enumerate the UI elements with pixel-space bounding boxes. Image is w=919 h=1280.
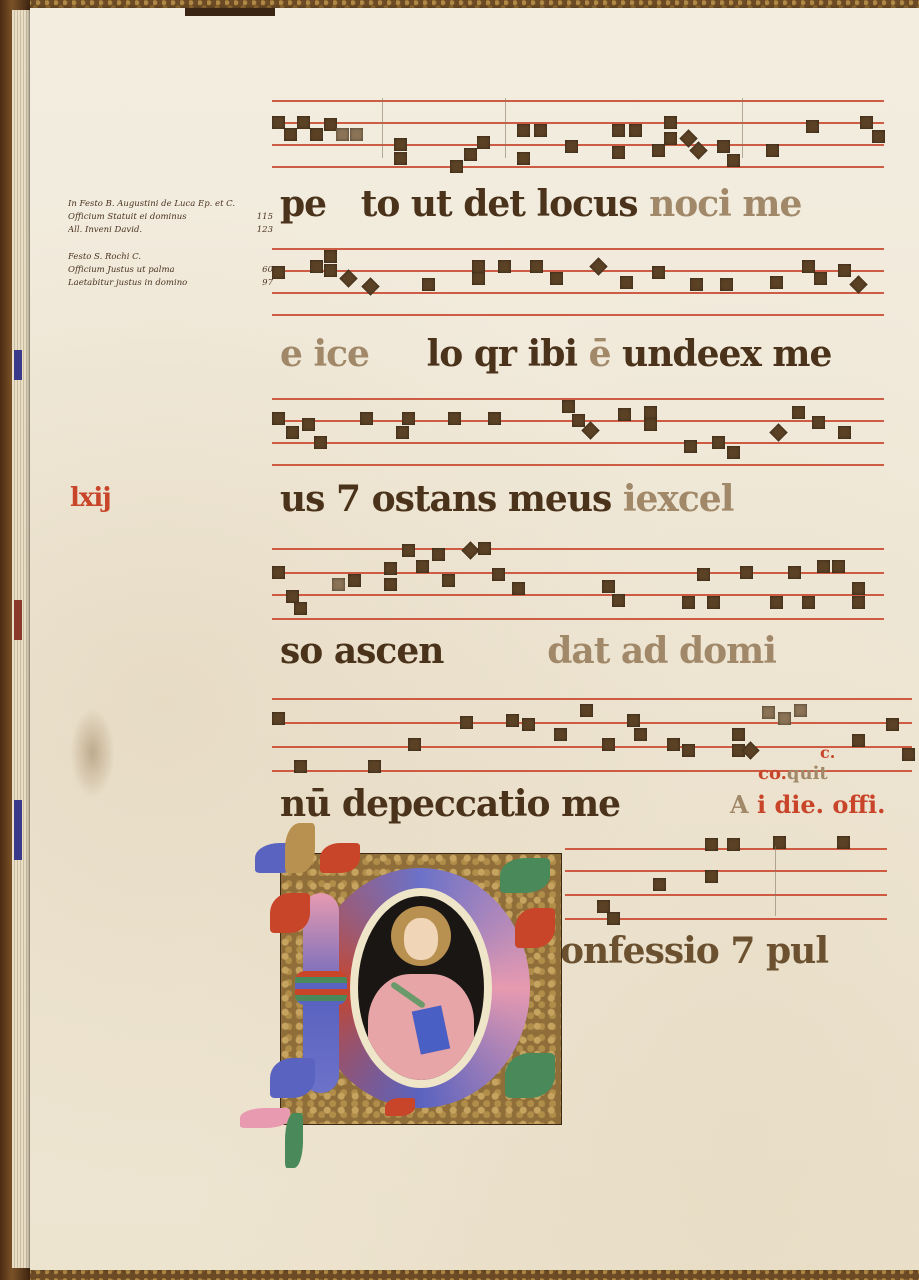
- lyric-line-1: pe to ut det locus noci me: [280, 183, 801, 225]
- ribbon-marker: [14, 600, 22, 640]
- music-staff: [272, 538, 884, 608]
- initial-band: [295, 971, 347, 1005]
- folio-number: lxij: [70, 483, 111, 513]
- saint-face: [404, 918, 438, 960]
- acanthus-leaf: [505, 1053, 555, 1098]
- music-staff: [272, 236, 884, 306]
- acanthus-leaf: [270, 893, 310, 933]
- acanthus-leaf: [320, 843, 360, 873]
- acanthus-leaf: [385, 1098, 415, 1116]
- annotation-line: All. Inveni David. 123: [68, 224, 273, 237]
- acanthus-leaf: [285, 823, 315, 873]
- lyric-line-6: onfessio 7 pul: [560, 930, 828, 972]
- lyric-line-5: nū depeccatio me: [280, 783, 620, 825]
- acanthus-leaf: [285, 1113, 303, 1168]
- music-staff: [272, 688, 912, 758]
- lyric-line-4: so ascen dat ad domi: [280, 630, 776, 672]
- acanthus-leaf: [270, 1058, 315, 1098]
- manuscript-page: In Festo B. Augustini de Luca Ep. et C. …: [30, 8, 919, 1270]
- ribbon-marker: [14, 800, 22, 860]
- acanthus-leaf: [500, 858, 550, 893]
- ribbon-marker: [14, 350, 22, 380]
- rubric-communion: co.quit: [758, 763, 828, 784]
- illuminated-initial: [235, 823, 565, 1168]
- saint-portrait: [358, 896, 484, 1080]
- rubric-c: c.: [820, 743, 835, 762]
- music-staff: [272, 386, 884, 456]
- page-tab: [185, 8, 275, 16]
- music-staff: [565, 836, 887, 906]
- annotation-line: In Festo B. Augustini de Luca Ep. et C.: [68, 198, 273, 211]
- lyric-line-2: e ice lo qr ibi ē undeex me: [280, 333, 831, 375]
- annotation-line: Officium Justus ut palma 60: [68, 264, 273, 277]
- parchment-stain: [70, 708, 115, 798]
- margin-annotations: In Festo B. Augustini de Luca Ep. et C. …: [68, 198, 273, 290]
- rubric-day-office: A i die. offi.: [730, 790, 886, 819]
- acanthus-leaf: [515, 908, 555, 948]
- annotation-line: Laetabitur justus in domino 97: [68, 277, 273, 290]
- annotation-line: Officium Statuit ei dominus 115: [68, 211, 273, 224]
- lyric-line-3: us 7 ostans meus iexcel: [280, 478, 733, 520]
- music-staff: [272, 88, 884, 158]
- annotation-line: Festo S. Rochi C.: [68, 251, 273, 264]
- acanthus-leaf: [240, 1108, 290, 1128]
